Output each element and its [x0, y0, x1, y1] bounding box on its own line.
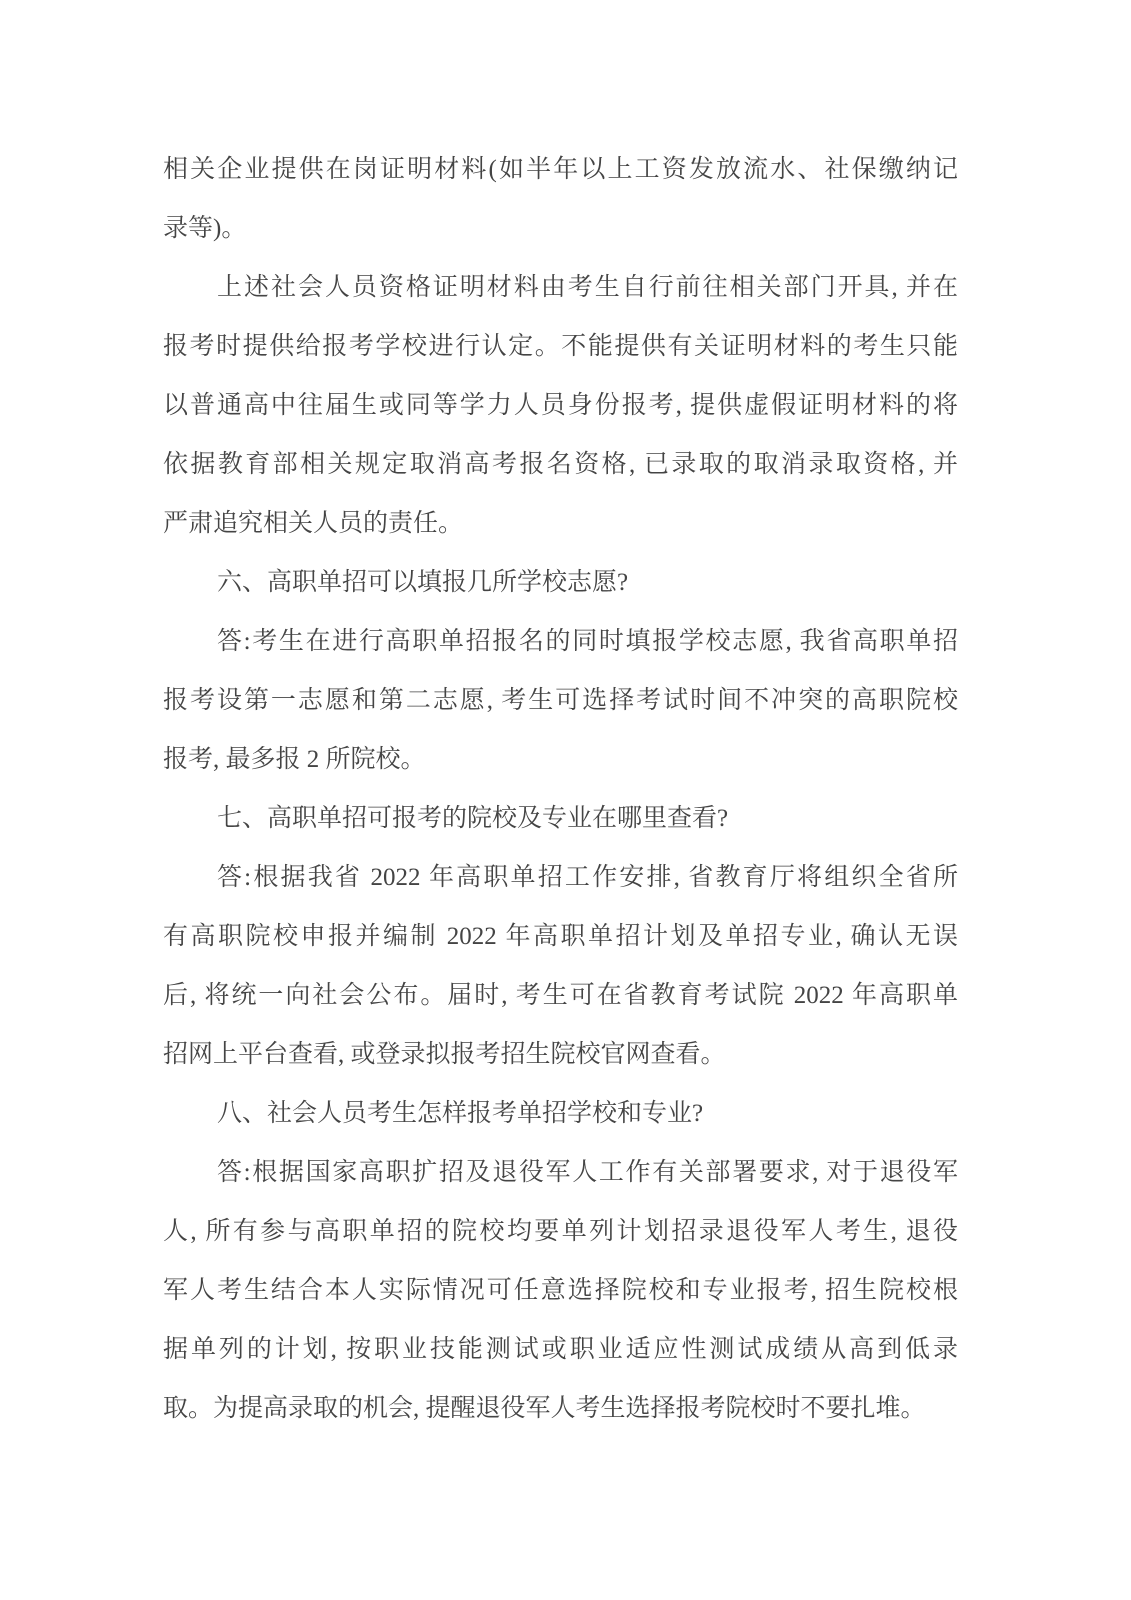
text-line: 答:考生在进行高职单招报名的同时填报学校志愿, 我省高职单招 — [163, 612, 958, 671]
text-line: 招网上平台查看, 或登录拟报考招生院校官网查看。 — [163, 1025, 958, 1084]
text-line: 依据教育部相关规定取消高考报名资格, 已录取的取消录取资格, 并 — [163, 435, 958, 494]
question-6-heading: 六、高职单招可以填报几所学校志愿? — [163, 553, 958, 612]
text-line: 以普通高中往届生或同等学力人员身份报考, 提供虚假证明材料的将 — [163, 376, 958, 435]
paragraph-certificate-verification: 上述社会人员资格证明材料由考生自行前往相关部门开具, 并在 报考时提供给报考学校… — [163, 258, 958, 553]
text-line: 报考, 最多报 2 所院校。 — [163, 730, 958, 789]
text-line: 七、高职单招可报考的院校及专业在哪里查看? — [163, 789, 958, 848]
text-line: 答:根据国家高职扩招及退役军人工作有关部署要求, 对于退役军 — [163, 1143, 958, 1202]
text-line: 录等)。 — [163, 199, 958, 258]
text-line: 军人考生结合本人实际情况可任意选择院校和专业报考, 招生院校根 — [163, 1261, 958, 1320]
answer-6: 答:考生在进行高职单招报名的同时填报学校志愿, 我省高职单招 报考设第一志愿和第… — [163, 612, 958, 789]
text-line: 答:根据我省 2022 年高职单招工作安排, 省教育厅将组织全省所 — [163, 848, 958, 907]
document-body: 相关企业提供在岗证明材料(如半年以上工资发放流水、社保缴纳记 录等)。 上述社会… — [163, 140, 958, 1438]
text-line: 相关企业提供在岗证明材料(如半年以上工资发放流水、社保缴纳记 — [163, 140, 958, 199]
text-line: 上述社会人员资格证明材料由考生自行前往相关部门开具, 并在 — [163, 258, 958, 317]
text-line: 报考设第一志愿和第二志愿, 考生可选择考试时间不冲突的高职院校 — [163, 671, 958, 730]
question-7-heading: 七、高职单招可报考的院校及专业在哪里查看? — [163, 789, 958, 848]
document-page: 相关企业提供在岗证明材料(如半年以上工资发放流水、社保缴纳记 录等)。 上述社会… — [0, 0, 1131, 1600]
answer-7: 答:根据我省 2022 年高职单招工作安排, 省教育厅将组织全省所 有高职院校申… — [163, 848, 958, 1084]
answer-8: 答:根据国家高职扩招及退役军人工作有关部署要求, 对于退役军 人, 所有参与高职… — [163, 1143, 958, 1438]
text-line: 六、高职单招可以填报几所学校志愿? — [163, 553, 958, 612]
paragraph-employment-proof: 相关企业提供在岗证明材料(如半年以上工资发放流水、社保缴纳记 录等)。 — [163, 140, 958, 258]
text-line: 严肃追究相关人员的责任。 — [163, 494, 958, 553]
text-line: 有高职院校申报并编制 2022 年高职单招计划及单招专业, 确认无误 — [163, 907, 958, 966]
text-line: 八、社会人员考生怎样报考单招学校和专业? — [163, 1084, 958, 1143]
text-line: 取。为提高录取的机会, 提醒退役军人考生选择报考院校时不要扎堆。 — [163, 1379, 958, 1438]
text-line: 后, 将统一向社会公布。届时, 考生可在省教育考试院 2022 年高职单 — [163, 966, 958, 1025]
question-8-heading: 八、社会人员考生怎样报考单招学校和专业? — [163, 1084, 958, 1143]
text-line: 报考时提供给报考学校进行认定。不能提供有关证明材料的考生只能 — [163, 317, 958, 376]
text-line: 据单列的计划, 按职业技能测试或职业适应性测试成绩从高到低录 — [163, 1320, 958, 1379]
text-line: 人, 所有参与高职单招的院校均要单列计划招录退役军人考生, 退役 — [163, 1202, 958, 1261]
